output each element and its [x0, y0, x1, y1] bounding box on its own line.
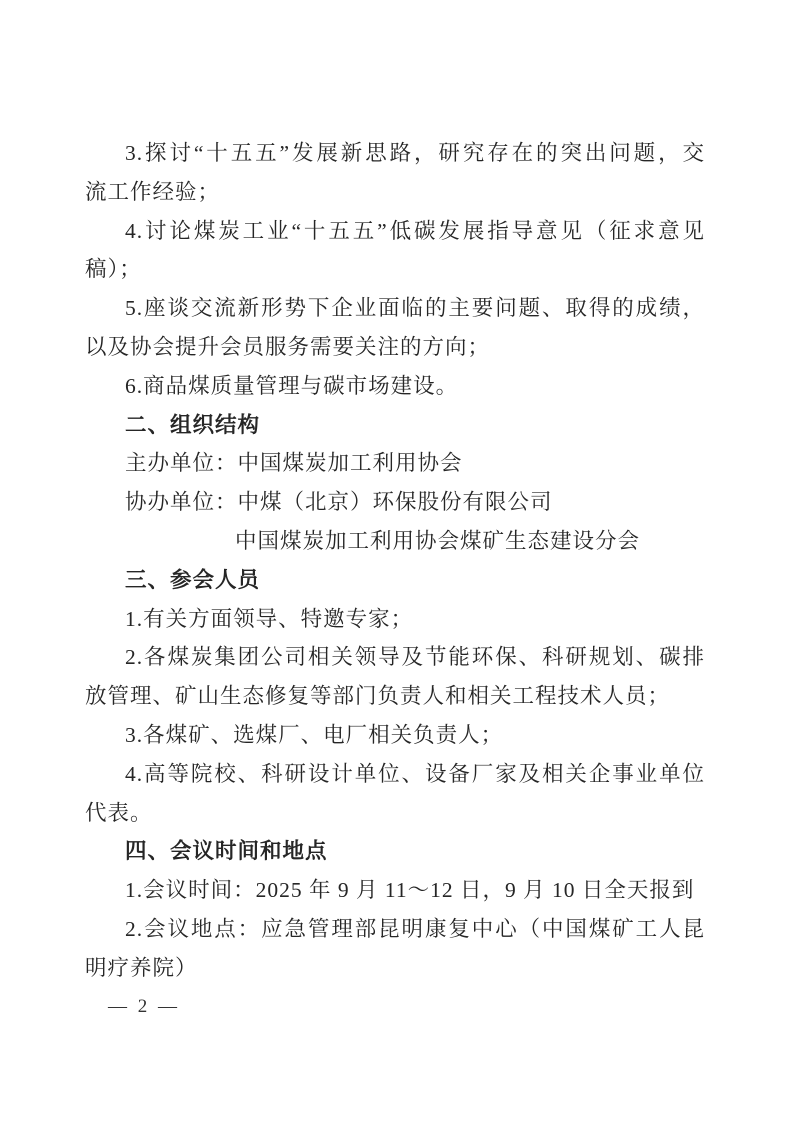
attendee-item-3: 3.各煤矿、选煤厂、电厂相关负责人； — [85, 716, 705, 755]
attendee-item-1: 1.有关方面领导、特邀专家； — [85, 600, 705, 639]
section-heading-time-location: 四、会议时间和地点 — [85, 832, 705, 871]
attendee-item-4-continuation: 代表。 — [85, 794, 705, 833]
meeting-location-line-continuation: 明疗养院） — [85, 949, 705, 988]
document-text-block: 3.探讨“十五五”发展新思路，研究存在的突出问题，交 流工作经验； 4.讨论煤炭… — [85, 134, 705, 988]
agenda-item-4: 4.讨论煤炭工业“十五五”低碳发展指导意见（征求意见 — [85, 212, 705, 251]
section-heading-organization: 二、组织结构 — [85, 406, 705, 445]
attendee-item-2-continuation: 放管理、矿山生态修复等部门负责人和相关工程技术人员； — [85, 677, 705, 716]
co-organizer-line: 协办单位：中煤（北京）环保股份有限公司 — [85, 483, 705, 522]
document-page: 3.探讨“十五五”发展新思路，研究存在的突出问题，交 流工作经验； 4.讨论煤炭… — [0, 0, 794, 1123]
agenda-item-6: 6.商品煤质量管理与碳市场建设。 — [85, 367, 705, 406]
meeting-time-line: 1.会议时间：2025 年 9 月 11～12 日，9 月 10 日全天报到 — [85, 871, 705, 910]
attendee-item-2: 2.各煤炭集团公司相关领导及节能环保、科研规划、碳排 — [85, 638, 705, 677]
agenda-item-4-continuation: 稿）； — [85, 250, 705, 289]
attendee-item-4: 4.高等院校、科研设计单位、设备厂家及相关企事业单位 — [85, 755, 705, 794]
agenda-item-5-continuation: 以及协会提升会员服务需要关注的方向； — [85, 328, 705, 367]
page-number: — 2 — — [108, 996, 180, 1018]
co-organizer-line-2: 中国煤炭加工利用协会煤矿生态建设分会 — [85, 522, 705, 561]
agenda-item-3: 3.探讨“十五五”发展新思路，研究存在的突出问题，交 — [85, 134, 705, 173]
agenda-item-3-continuation: 流工作经验； — [85, 173, 705, 212]
organizer-line: 主办单位：中国煤炭加工利用协会 — [85, 444, 705, 483]
section-heading-attendees: 三、参会人员 — [85, 561, 705, 600]
meeting-location-line: 2.会议地点：应急管理部昆明康复中心（中国煤矿工人昆 — [85, 910, 705, 949]
agenda-item-5: 5.座谈交流新形势下企业面临的主要问题、取得的成绩， — [85, 289, 705, 328]
